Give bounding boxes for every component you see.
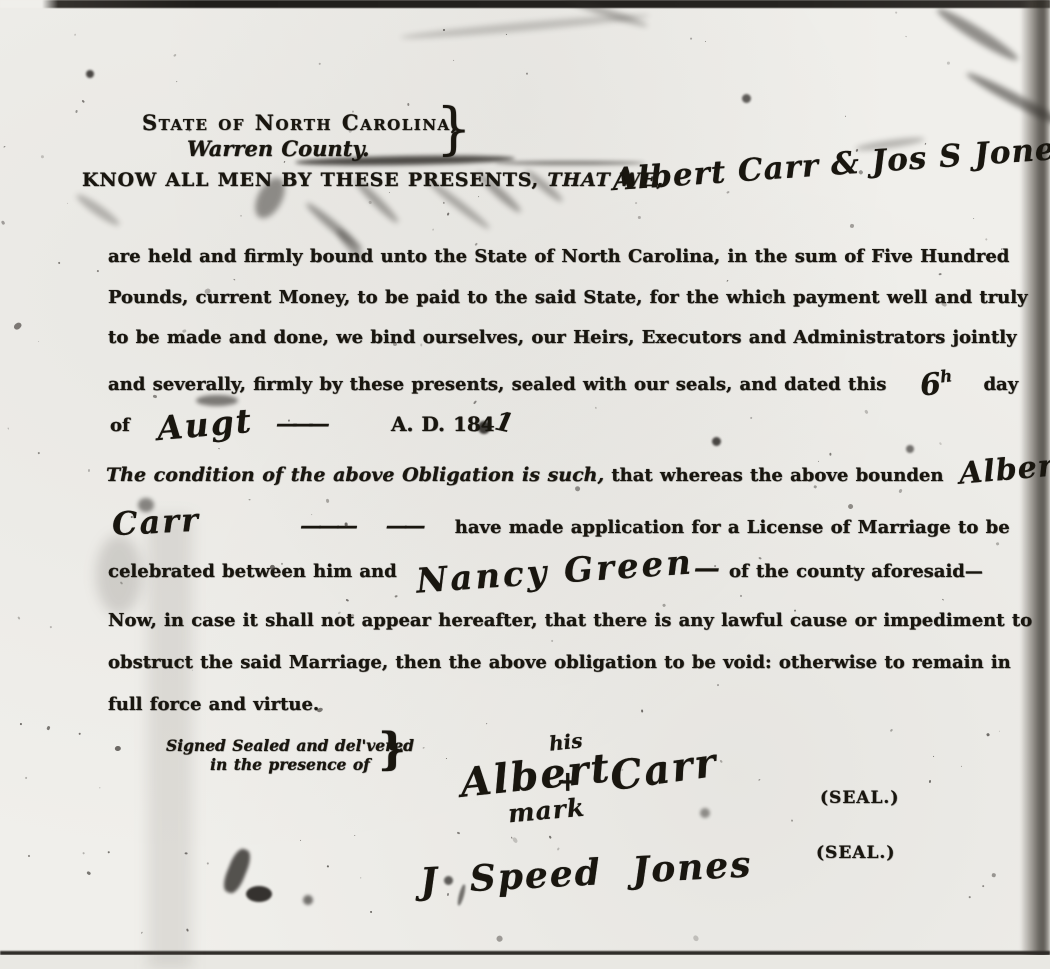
scan-top-edge	[0, 0, 1050, 8]
paper-speck	[939, 273, 942, 275]
paper-speck	[973, 218, 974, 219]
paper-speck	[316, 707, 323, 713]
condition-rest: that whereas the above bounden	[604, 465, 943, 486]
now-line-2: obstruct the said Marriage, then the abo…	[108, 652, 1011, 673]
paper-speck	[446, 758, 447, 759]
ink-blot	[742, 94, 751, 103]
paper-speck	[369, 201, 372, 204]
paper-speck	[249, 499, 251, 500]
paper-speck	[557, 847, 560, 850]
paper-speck	[360, 877, 362, 879]
handwritten-obligor-names: Albert Carr & Jos S Jones	[611, 130, 1050, 198]
paper-speck	[176, 81, 178, 83]
document-scan: State of North Carolina, Warren County. …	[0, 0, 1050, 969]
anno-domini: A. D. 184	[391, 412, 495, 436]
paper-speck	[141, 931, 143, 933]
opening-printed: KNOW ALL MEN BY THESE PRESENTS,	[82, 169, 547, 191]
paper-speck	[393, 342, 397, 346]
paper-speck	[207, 330, 208, 331]
paper-speck	[28, 854, 31, 857]
paper-speck	[354, 835, 356, 836]
paper-speck	[227, 254, 229, 256]
paper-speck	[899, 489, 903, 494]
his-mark-label-bottom: mark	[507, 793, 586, 829]
paper-speck	[81, 99, 85, 103]
paper-speck	[432, 229, 433, 231]
paper-speck	[635, 201, 638, 204]
heading-county: Warren County.	[187, 136, 370, 161]
body-line-3: to be made and done, we bind ourselves, …	[108, 327, 1017, 348]
paper-speck	[443, 202, 444, 204]
paper-speck	[86, 870, 91, 875]
paper-speck	[407, 102, 410, 105]
paper-speck	[389, 192, 390, 193]
paper-speck	[184, 852, 187, 855]
ink-blot	[246, 886, 272, 902]
day-word: day	[983, 374, 1018, 395]
paper-speck	[726, 191, 729, 194]
paper-speck	[890, 729, 894, 733]
paper-speck	[895, 11, 898, 14]
paper-speck	[750, 417, 753, 420]
handwritten-groom-last: Carr	[111, 501, 201, 544]
paper-speck	[818, 461, 819, 462]
paper-speck	[496, 935, 504, 943]
paper-speck	[7, 427, 9, 430]
paper-speck	[319, 62, 321, 64]
ink-smudge	[934, 4, 1021, 65]
witness-signature: J Speed Jones	[419, 843, 753, 902]
ink-blot	[700, 808, 710, 818]
paper-speck	[234, 279, 236, 281]
seal-label-top: (SEAL.)	[820, 788, 899, 808]
paper-speck	[829, 452, 831, 455]
paper-speck	[739, 595, 742, 598]
seal-label-bottom: (SEAL.)	[816, 843, 895, 863]
paper-speck	[348, 129, 351, 132]
paper-speck	[692, 934, 700, 942]
paper-speck	[38, 452, 41, 455]
paper-speck	[115, 746, 121, 752]
paper-speck	[551, 640, 554, 643]
paper-speck	[453, 60, 454, 61]
paper-speck	[18, 616, 21, 619]
paper-speck	[864, 410, 868, 415]
paper-speck	[457, 832, 460, 835]
celebrated-suffix: of the county aforesaid—	[729, 561, 983, 582]
paper-speck	[173, 54, 176, 57]
paper-speck	[88, 469, 90, 472]
paper-speck	[719, 760, 723, 764]
paper-speck	[370, 911, 373, 914]
application-line: Carr ——— —— have made application for a …	[112, 503, 1010, 541]
paper-speck	[947, 62, 950, 65]
paper-speck	[942, 599, 944, 601]
opening-line: KNOW ALL MEN BY THESE PRESENTS, THAT WE,	[82, 169, 664, 191]
paper-speck	[716, 684, 719, 687]
paper-speck	[986, 733, 990, 737]
paper-speck	[131, 516, 133, 518]
paper-speck	[345, 522, 348, 526]
handwritten-year-digit: 1	[492, 406, 516, 439]
paper-speck	[300, 840, 301, 841]
paper-speck	[13, 321, 22, 330]
witness-attestation: Signed Sealed and del'vered in the prese…	[166, 736, 414, 774]
body-line-5: of Augt ——— A. D. 1841	[110, 405, 513, 444]
paper-speck	[283, 161, 285, 163]
paper-speck	[75, 110, 78, 113]
paper-speck	[595, 407, 596, 409]
of-word: of	[110, 415, 130, 436]
body-line-2: Pounds, current Money, to be paid to the…	[108, 287, 1028, 308]
handwritten-day: 6h	[918, 365, 954, 403]
paper-speck	[394, 595, 398, 598]
paper-speck	[961, 766, 962, 767]
paper-speck	[240, 215, 242, 216]
witness-attestation-line2: in the presence of	[166, 755, 414, 774]
paper-speck	[447, 212, 450, 215]
paper-speck	[999, 730, 1000, 731]
paper-speck	[67, 203, 68, 204]
paper-speck	[108, 851, 110, 853]
paper-speck	[50, 625, 52, 627]
body-line-4: and severally, firmly by these presents,…	[108, 367, 1018, 402]
paper-speck	[38, 341, 40, 343]
ink-blot	[86, 70, 94, 78]
paper-speck	[928, 780, 931, 783]
body-line-1: are held and firmly bound unto the State…	[108, 246, 1009, 267]
paper-speck	[662, 603, 666, 607]
ghost-writing	[74, 191, 122, 229]
paper-speck	[641, 709, 643, 712]
now-line-3: full force and virtue.	[108, 694, 319, 715]
dated-this-text: and severally, firmly by these presents,…	[108, 374, 886, 395]
paper-speck	[486, 722, 488, 723]
heading-brace: }	[436, 102, 472, 158]
paper-speck	[982, 885, 984, 887]
condition-lead: The condition of the above Obligation is…	[106, 464, 604, 486]
handwritten-day-suffix: h	[939, 366, 953, 386]
paper-speck	[74, 34, 76, 36]
paper-speck	[99, 787, 101, 789]
paper-speck	[526, 73, 528, 76]
paper-speck	[969, 896, 971, 898]
paper-speck	[549, 836, 552, 840]
condition-line: The condition of the above Obligation is…	[106, 452, 1050, 487]
paper-speck	[506, 34, 507, 35]
paper-speck	[638, 216, 641, 219]
paper-speck	[995, 542, 999, 546]
paper-speck	[991, 873, 996, 877]
paper-speck	[4, 146, 6, 148]
paper-speck	[933, 756, 934, 757]
paper-speck	[850, 223, 855, 228]
paper-speck	[153, 394, 158, 398]
celebrated-line: celebrated between him and Nancy Green— …	[108, 552, 983, 592]
paper-speck	[79, 733, 81, 735]
handwritten-month: Augt	[155, 401, 254, 448]
now-line-1: Now, in case it shall not appear hereaft…	[108, 610, 1032, 631]
paper-speck	[423, 747, 425, 749]
ink-blot	[303, 895, 313, 905]
witness-brace: }	[378, 728, 406, 772]
paper-speck	[845, 115, 846, 116]
paper-speck	[47, 726, 51, 730]
application-text: have made application for a License of M…	[455, 517, 1010, 538]
paper-speck	[985, 238, 988, 241]
witness-attestation-line1: Signed Sealed and del'vered	[166, 736, 414, 755]
paper-speck	[97, 270, 99, 272]
paper-speck	[757, 778, 760, 780]
paper-speck	[20, 723, 22, 725]
paper-speck	[218, 448, 220, 449]
groom-signature-last: Carr	[607, 739, 720, 801]
paper-speck	[57, 261, 60, 264]
paper-speck	[41, 154, 45, 158]
handwritten-bride-dash: —	[694, 554, 720, 584]
paper-speck	[24, 777, 27, 780]
paper-speck	[905, 35, 908, 37]
paper-speck	[705, 41, 706, 42]
paper-speck	[326, 864, 329, 867]
ink-blot	[712, 437, 721, 446]
handwritten-dash: ———	[276, 411, 324, 437]
paper-speck	[252, 179, 253, 180]
handwritten-groom-first: Albert	[957, 447, 1050, 491]
paper-speck	[938, 441, 942, 445]
paper-speck	[791, 819, 793, 822]
paper-speck	[207, 862, 209, 865]
celebrated-prefix: celebrated between him and	[108, 561, 397, 582]
paper-speck	[2, 221, 6, 225]
paper-speck	[726, 279, 728, 281]
handwritten-bride-name: Nancy Green	[415, 542, 695, 601]
paper-speck	[477, 195, 479, 197]
paper-speck	[345, 598, 349, 601]
paper-speck	[690, 38, 693, 41]
handwritten-dashes: ——— ——	[300, 513, 422, 539]
paper-speck	[82, 851, 84, 854]
